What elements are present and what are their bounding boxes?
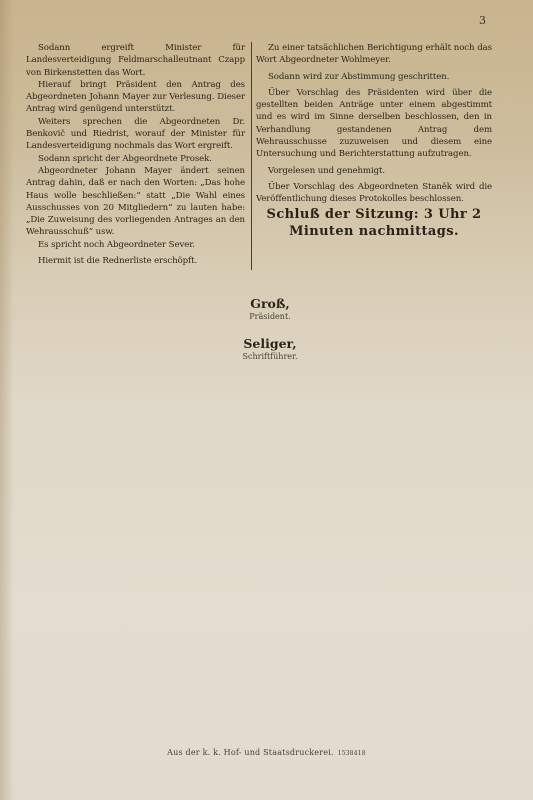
signature-role: Schriftführer. (200, 352, 340, 361)
signature-role: Präsident. (200, 312, 340, 321)
paragraph: Sodann wird zur Abstimmung geschritten. (256, 71, 492, 83)
paragraph: Es spricht noch Abgeordneter Sever. (26, 239, 245, 251)
signature-name: Groß, (200, 296, 340, 311)
printer-name: Aus der k. k. Hof- und Staatsdruckerei. (167, 748, 334, 757)
column-divider (251, 42, 252, 270)
page-number: 3 (479, 14, 486, 27)
left-column: Sodann ergreift Minister für Landesverte… (26, 42, 245, 267)
paragraph: Hiermit ist die Rednerliste erschöpft. (26, 255, 245, 267)
page-edge-shadow (0, 0, 14, 800)
paragraph: Weiters sprechen die Abgeordneten Dr. Be… (26, 116, 245, 153)
signature-name: Seliger, (200, 336, 340, 351)
paragraph: Über Vorschlag des Präsidenten wird über… (256, 87, 492, 161)
paragraph: Abgeordneter Johann Mayer ändert seinen … (26, 165, 245, 239)
paragraph: Hierauf bringt Präsident den Antrag des … (26, 79, 245, 116)
signature-secretary: Seliger, Schriftführer. (200, 336, 340, 361)
paragraph: Zu einer tatsächlichen Berichtigung erhä… (256, 42, 492, 67)
paragraph: Vorgelesen und genehmigt. (256, 165, 492, 177)
paragraph: Über Vorschlag des Abgeordneten Staněk w… (256, 181, 492, 206)
paragraph: Sodann ergreift Minister für Landesverte… (26, 42, 245, 79)
job-number: 1538418 (338, 750, 366, 757)
session-closing: Schluß der Sitzung: 3 Uhr 2 Minuten nach… (256, 206, 492, 240)
right-column: Zu einer tatsächlichen Berichtigung erhä… (256, 42, 492, 240)
paragraph: Sodann spricht der Abgeordnete Prosek. (26, 153, 245, 165)
printer-imprint: Aus der k. k. Hof- und Staatsdruckerei.1… (0, 748, 533, 757)
signature-president: Groß, Präsident. (200, 296, 340, 321)
